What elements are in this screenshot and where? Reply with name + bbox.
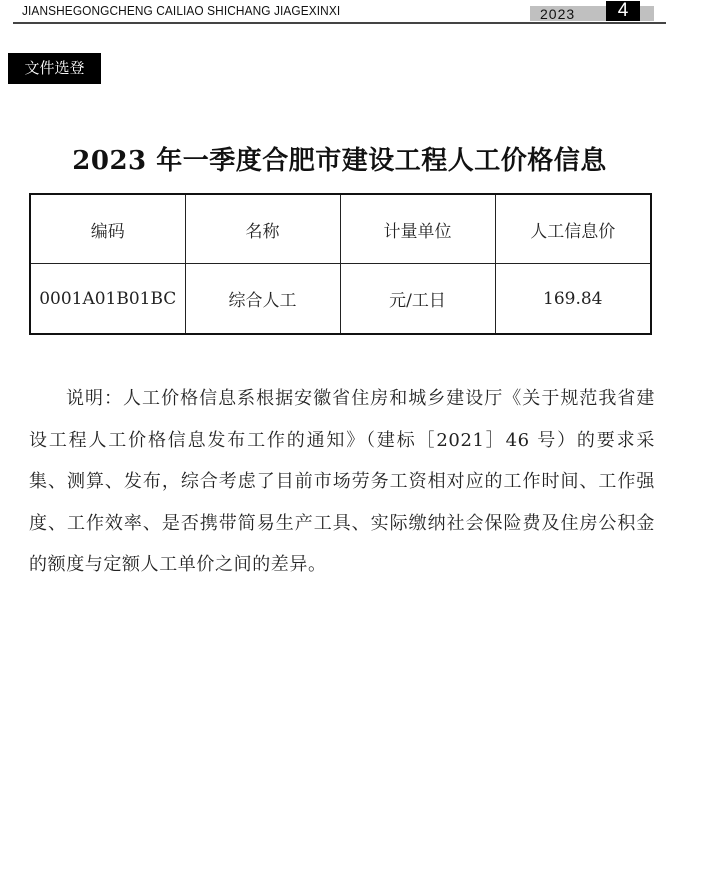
cell-code: 0001A01B01BC <box>30 264 185 335</box>
section-tag: 文件选登 <box>8 53 101 84</box>
table-header-row: 编码 名称 计量单位 人工信息价 <box>30 194 651 264</box>
column-header-price: 人工信息价 <box>495 194 651 264</box>
cell-name: 综合人工 <box>185 264 340 335</box>
running-title: JIANSHEGONGCHENG CAILIAO SHICHANG JIAGEX… <box>22 4 340 18</box>
notes-section: 说明：人工价格信息系根据安徽省住房和城乡建设厅《关于规范我省建设工程人工价格信息… <box>29 378 655 586</box>
cell-price: 169.84 <box>495 264 651 335</box>
price-table: 编码 名称 计量单位 人工信息价 0001A01B01BC 综合人工 元/工日 … <box>29 193 652 335</box>
table-row: 0001A01B01BC 综合人工 元/工日 169.84 <box>30 264 651 335</box>
header-year: 2023 <box>540 6 575 22</box>
cell-unit: 元/工日 <box>340 264 495 335</box>
notes-paragraph: 说明：人工价格信息系根据安徽省住房和城乡建设厅《关于规范我省建设工程人工价格信息… <box>29 378 655 586</box>
column-header-unit: 计量单位 <box>340 194 495 264</box>
column-header-code: 编码 <box>30 194 185 264</box>
header-year-badge: 2023 <box>530 6 606 21</box>
header-decoration <box>640 6 654 21</box>
document-title: 2023 年一季度合肥市建设工程人工价格信息 <box>0 140 679 177</box>
column-header-name: 名称 <box>185 194 340 264</box>
header-divider <box>13 22 666 24</box>
page-number: 4 <box>606 1 640 21</box>
